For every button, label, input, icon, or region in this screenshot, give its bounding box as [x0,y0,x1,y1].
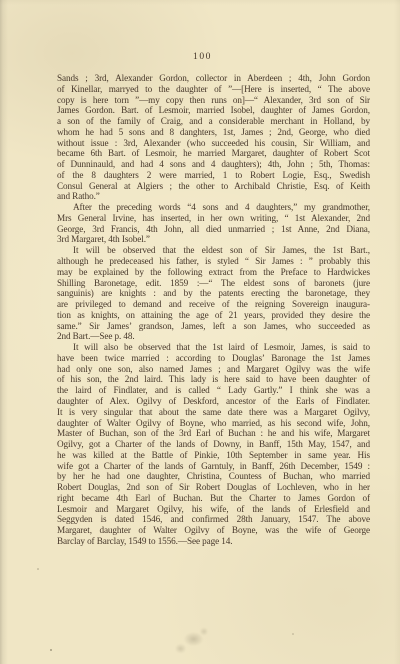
scan-speck [50,649,52,651]
text-line: wife got a Charter of the lands of Garnt… [57,461,370,472]
text-line: of Dunninauld, and had 4 sons and 4 daug… [57,159,370,170]
text-line: are privileged to demand and receive of … [57,299,370,310]
text-line: may be explained by the following extrac… [57,267,370,278]
text-line: Robert Douglas, 2nd son of Sir Robert Do… [57,482,370,493]
text-line: Ogilvy, got a Charter of the lands of Do… [57,439,370,450]
text-line: whom he had 5 sons and 8 danghters, 1st,… [57,127,370,138]
text-line: he was killed at the Battle of Pinkie, 1… [57,450,370,461]
text-line: daughter of Alex. Ogilvy of Deskford, an… [57,396,370,407]
scanned-book-page: { "page": { "number": "100", "colors": {… [0,0,400,664]
text-line: by her he had one daughter, Christina, C… [57,471,370,482]
text-line: James Gordon. Bart. of Lesmoir, married … [57,105,370,116]
text-line: Shilling Baronetage, edit. 1859 :—“ The … [57,278,370,289]
text-line: have been twice married : according to D… [57,353,370,364]
text-line: Lesmoir and Margaret Ogilvy, his wife, o… [57,504,370,515]
text-line: It is very singular that about the same … [57,407,370,418]
text-line: of his son, the 2nd laird. This lady is … [57,374,370,385]
text-line: 2nd Bart.—See p. 48. [57,331,370,342]
page-number: 100 [46,51,359,62]
text-line: a son of the family of Craig, and a cons… [57,116,370,127]
text-line: copy is here torn ”—my copy then runs on… [57,95,370,106]
text-line: without issue : 3rd, Alexander (who succ… [57,138,370,149]
text-line: same.” Sir James’ grandson, James, left … [57,321,370,332]
text-line: After the preceding words “4 sons and 4 … [57,202,370,213]
text-line: 3rd Margaret, 4th Isobel.” [57,234,370,245]
body-text: Sands ; 3rd, Alexander Gordon, collector… [57,73,370,547]
text-line: Seggyden is dated 1546, and confirmed 28… [57,514,370,525]
text-line: It will also be observed that the 1st la… [57,342,370,353]
text-line: of Kinellar, marryed to the daughter of … [57,84,370,95]
text-line: had only one son, also named James ; and… [57,364,370,375]
text-line: although he predeceased his father, is s… [57,256,370,267]
text-line: It will be observed that the eldest son … [57,245,370,256]
scan-speck [37,568,39,570]
text-line: of the 8 daughters 2 were married, 1 to … [57,170,370,181]
text-line: right became 4th Earl of Buchan. But the… [57,493,370,504]
text-line: Barclay of Barclay, 1549 to 1556.—See pa… [57,536,370,547]
text-line: Mrs General Irvine, has inserted, in her… [57,213,370,224]
text-line: Sands ; 3rd, Alexander Gordon, collector… [57,73,370,84]
text-line: became 6th Bart. of Lesmoir, he married … [57,148,370,159]
text-line: Consul General at Algiers ; the other to… [57,181,370,192]
text-line: the laird of Findlater, and is called “ … [57,385,370,396]
text-line: daughter of Walter Ogilvy of Boyne, who … [57,418,370,429]
text-line: George, 3rd Francis, 4th John, all died … [57,224,370,235]
text-line: and Ratho.” [57,191,370,202]
scan-speck [292,633,294,635]
text-line: Master of Buchan, son of the 3rd Earl of… [57,428,370,439]
text-line: tion as knights, on attaining the age of… [57,310,370,321]
text-line: Margaret, daughter of Walter Ogilvy of B… [57,525,370,536]
text-line: sanguinis) are knights : and by the pate… [57,288,370,299]
scan-smudge [165,622,217,660]
